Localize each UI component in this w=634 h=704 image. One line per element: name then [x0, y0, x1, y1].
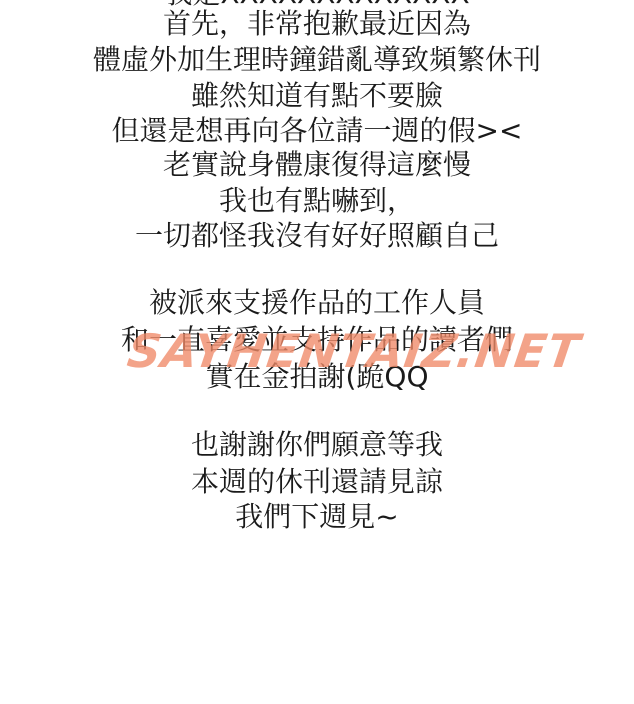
- notice-line: 實在金拍謝(跪QQ: [0, 359, 634, 395]
- notice-line: 體虛外加生理時鐘錯亂導致頻繁休刊: [0, 42, 634, 78]
- notice-line: 但還是想再向各位請一週的假><: [0, 113, 634, 149]
- notice-line: 老實說身體康復得這麼慢: [0, 147, 634, 183]
- notice-line: 一切都怪我沒有好好照顧自己: [0, 218, 634, 254]
- notice-line: 也謝謝你們願意等我: [0, 427, 634, 463]
- notice-line: 和一直喜愛並支持作品的讀者們: [0, 322, 634, 358]
- notice-line: 首先，非常抱歉最近因為: [0, 6, 634, 42]
- notice-page: 我是XXXXXXXXXXXXX 首先，非常抱歉最近因為 體虛外加生理時鐘錯亂導致…: [0, 0, 634, 704]
- notice-line: 被派來支援作品的工作人員: [0, 285, 634, 321]
- notice-line: 我們下週見~: [0, 499, 634, 535]
- notice-line: 我也有點嚇到，: [0, 183, 634, 219]
- notice-line: 雖然知道有點不要臉: [0, 78, 634, 114]
- notice-line: 本週的休刊還請見諒: [0, 464, 634, 500]
